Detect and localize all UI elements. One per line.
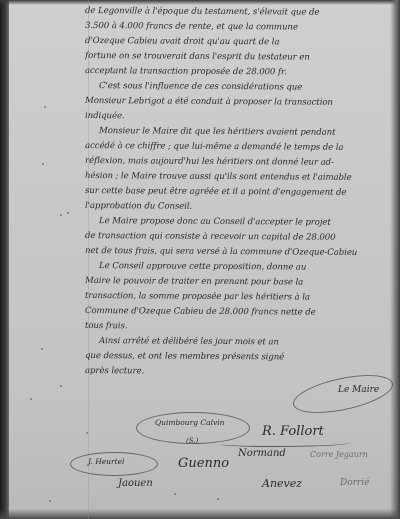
paper-speck	[41, 348, 43, 350]
signature: R. Follort	[262, 424, 324, 439]
book-binding	[0, 0, 9, 519]
paper-speck	[174, 493, 176, 495]
signature: Quimbourg Calvin	[155, 418, 224, 427]
signature-mark: (S.)	[186, 437, 198, 445]
paper-speck	[67, 212, 69, 214]
paper-speck	[86, 432, 88, 434]
paper-speck	[60, 385, 62, 387]
signature: Guenno	[178, 456, 229, 471]
signature: Corre Jegaurn	[310, 450, 368, 459]
mayor-signature: Le Maire	[338, 385, 379, 395]
signature: Anevez	[262, 477, 302, 490]
signature: J. Heurtel	[88, 457, 124, 466]
page-bottom-shadow	[0, 509, 400, 519]
signature: Normand	[238, 448, 286, 459]
handwritten-body: de Legonville à l'époque du testament, s…	[85, 4, 393, 379]
paper-speck	[44, 106, 46, 108]
paper-speck	[60, 214, 62, 216]
signature-underline	[220, 440, 350, 447]
signature: Jaouen	[118, 478, 153, 489]
signature: Dorrié	[340, 478, 369, 488]
paper-speck	[49, 500, 51, 502]
paper-speck	[42, 163, 44, 165]
paper-speck	[30, 398, 32, 400]
document-page: de Legonville à l'époque du testament, s…	[0, 0, 400, 519]
paper-speck	[217, 498, 219, 500]
